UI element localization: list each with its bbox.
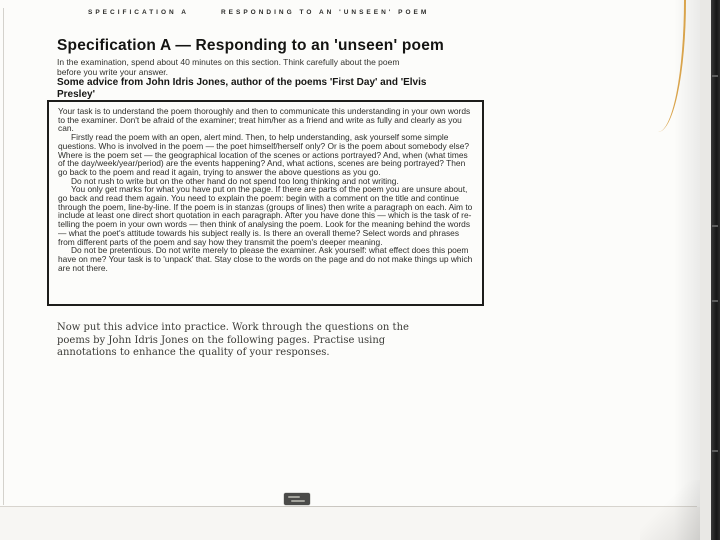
page-corner-shadow — [640, 480, 700, 540]
scanned-page-view: SPECIFICATION A RESPONDING TO AN 'UNSEEN… — [0, 0, 720, 540]
photocopy-edge-line-left — [3, 8, 4, 505]
closing-paragraph: Now put this advice into practice. Work … — [57, 322, 409, 360]
scanner-strip-tick — [712, 450, 718, 452]
advice-paragraph: Do not be pretentious. Do not write mere… — [58, 246, 474, 272]
intro-paragraph: In the examination, spend about 40 minut… — [57, 57, 425, 77]
scanner-edge-strip — [711, 0, 720, 540]
running-header: SPECIFICATION A RESPONDING TO AN 'UNSEEN… — [88, 9, 429, 16]
advice-heading: Some advice from John Idris Jones, autho… — [57, 77, 455, 100]
scanner-strip-tick — [712, 75, 718, 77]
scanner-strip-tick — [712, 300, 718, 302]
advice-box: Your task is to understand the poem thor… — [47, 100, 484, 306]
advice-paragraph: You only get marks for what you have put… — [58, 185, 474, 246]
stamp-mark — [288, 496, 300, 498]
scanner-strip-tick — [712, 225, 718, 227]
advice-paragraph: Your task is to understand the poem thor… — [58, 107, 474, 133]
advice-paragraph: Firstly read the poem with an open, aler… — [58, 133, 474, 177]
running-header-topic: RESPONDING TO AN 'UNSEEN' POEM — [221, 9, 429, 16]
scanned-page: SPECIFICATION A RESPONDING TO AN 'UNSEEN… — [0, 0, 700, 540]
page-below-fold — [0, 507, 700, 540]
stamp-badge-icon — [284, 493, 310, 505]
stamp-mark — [291, 500, 305, 502]
page-title: Specification A — Responding to an 'unse… — [57, 37, 444, 55]
running-header-section: SPECIFICATION A — [88, 9, 189, 16]
